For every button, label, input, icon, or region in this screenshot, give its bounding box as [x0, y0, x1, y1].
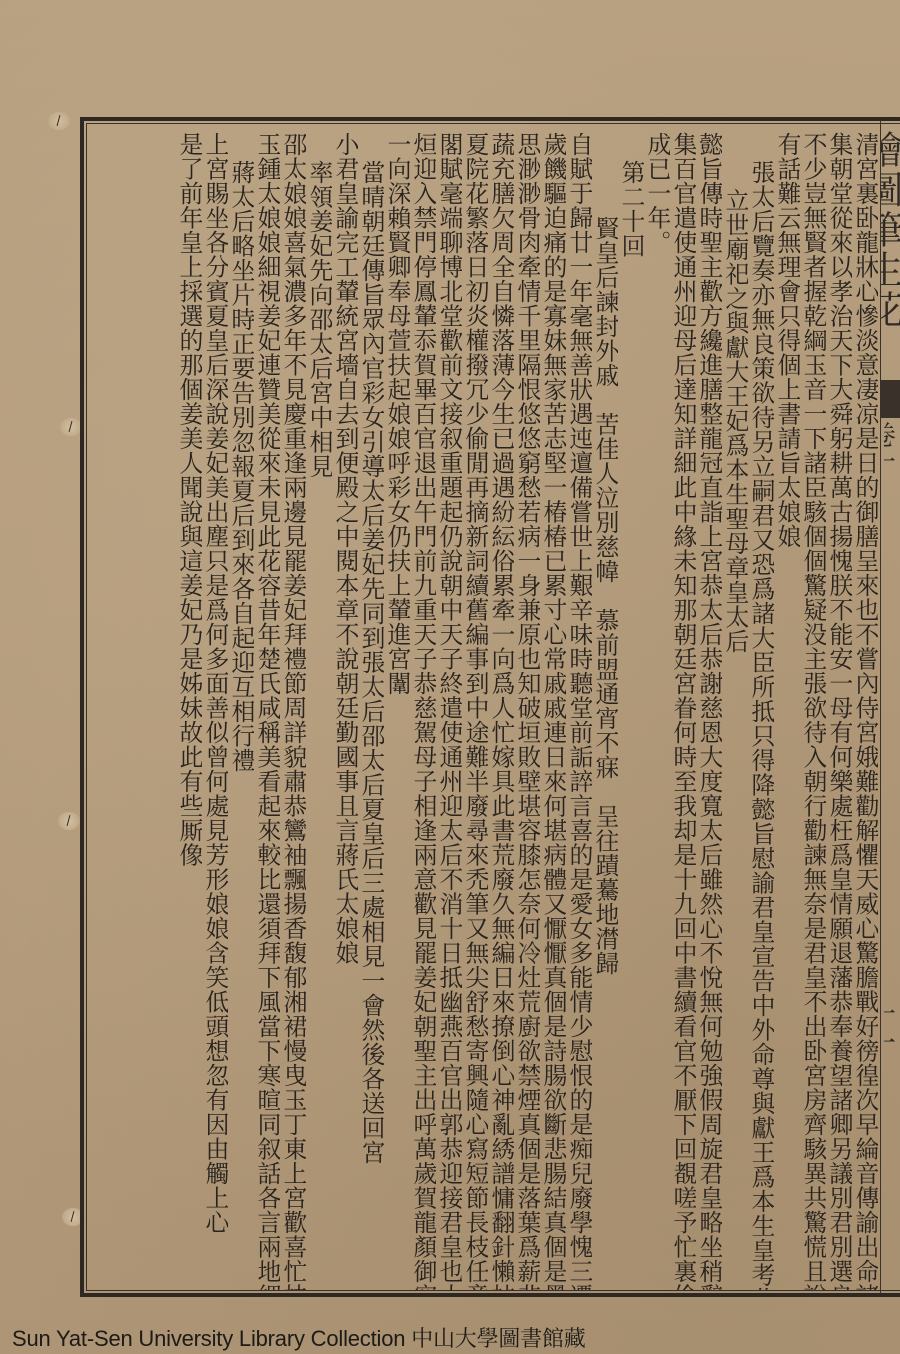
text-column: 閣賦毫端聊博北堂歡前文接叙重題起仍說朝中天子終遣使通州迎太后不消十日抵幽燕百官出…	[436, 132, 462, 1290]
text-column: 小君皇諭完工輦統宮墻自去到便殿之中閱本章不說朝廷勤國事且言蔣氏太娘娘	[332, 132, 358, 1290]
text-column: 不少豈無賢者握乾綱玉音一下諸臣駭個個驚疑没主張欲待入朝行勸諫無奈是君皇不出卧宮房…	[800, 132, 826, 1290]
fishtail-mark	[881, 380, 900, 418]
caption-chinese: 中山大學圖書館藏	[411, 1327, 585, 1352]
text-column: 烜迎入禁門停鳳輦忝賀畢百官退出午門前九重天子恭慈駕母子相逢兩意歡見罷姜妃朝聖主出…	[410, 132, 436, 1290]
text-column: 有話難云無理會只得個上書請旨太娘娘	[774, 132, 800, 1290]
text-column: 清宮裏卧龍牀心慘淡意凄凉是日的御膳呈來也不嘗內侍宮娥難勸解懼天威心驚膽戰好徬徨次…	[852, 132, 878, 1290]
text-column: 自賦于歸廿一年毫無善狀遇迍邅備嘗世上艱辛味時聽堂前詬誶言喜的是愛女多能情少慰恨的…	[566, 132, 592, 1290]
text-column: 成已一年。	[644, 132, 670, 1290]
binding-hole-top	[48, 112, 70, 130]
vertical-text-body: 清宮裏卧龍牀心慘淡意凄凉是日的御膳呈來也不嘗內侍宮娥難勸解懼天威心驚膽戰好徬徨次…	[92, 132, 878, 1290]
text-column: 當晴朝廷傳旨眾內官彩女引導太后姜妃先同到張太后邵太后夏皇后三處相見一會然後各送回…	[358, 132, 384, 1290]
scanned-page: 繪圖筆生花 卷十 十一 清宮裏卧龍牀心慘淡意凄凉是日的御膳呈來也不嘗內侍宮娥難勸…	[0, 0, 900, 1354]
volume-label: 卷十	[884, 420, 900, 476]
text-column: 蔣太后略坐片時正要告別忽報夏后到來各自起迎互相行禮	[228, 132, 254, 1290]
text-column: 蔬充膳欠周全自憐落薄今生已過遇紛紜俗累牽一向爲人忙嫁具此書荒廢久無編日來撩倒心神…	[488, 132, 514, 1290]
text-column: 思渺渺骨肉牽情千里隔恨悠悠窮愁若病一身兼原也知破垣敗壁堪容膝怎奈何冷灶荒廚欲禁煙…	[514, 132, 540, 1290]
text-column: 玉鍾太娘娘細視姜妃連贊美從來未見此花容昔年楚氏咸稱美看起來較比還須拜下風當下寒暄…	[254, 132, 280, 1290]
text-column: 集朝堂從來以孝治天下大舜躬耕萬古揚愧朕不能安一母有何樂處枉爲皇情願退藩恭奉養望諸…	[826, 132, 852, 1290]
text-column: 率領姜妃先向邵太后宮中相見	[306, 132, 332, 1290]
page-number: 十一	[884, 1000, 900, 1056]
text-column: 懿旨傳時聖主歡方纔進膳整龍冠直詣上宮恭太后恭謝慈恩大度寬太后雖然心不悅無何勉強假…	[696, 132, 722, 1290]
text-column: 邵太娘娘喜氣濃多年不見慶重逢兩邊見罷姜妃拜禮節周詳貌肅恭鸞袖飄揚香馥郁湘裙慢曳玉…	[280, 132, 306, 1290]
text-column: 是了前年皇上採選的那個姜美人聞說與這姜妃乃是姊妹故此有些厮像	[176, 132, 202, 1290]
text-column: 上宮賜坐各分賓夏皇后深說姜妃美出塵只是爲何多面善似曾何處見芳形娘娘含笑低頭想忽有…	[202, 132, 228, 1290]
binding-hole-upper-mid	[60, 418, 82, 436]
caption-english: Sun Yat-Sen University Library Collectio…	[12, 1326, 405, 1351]
library-caption: Sun Yat-Sen University Library Collectio…	[12, 1322, 586, 1353]
text-column: 集百官遣使通州迎母后達知詳細此中緣未知那朝廷宮眷何時至我却是十九回中書續看官不厭…	[670, 132, 696, 1290]
text-column: 張太后覽奏亦無良策欲待另立嗣君又恐爲諸大臣所抵只得降懿旨慰諭君皇宣告中外命尊與獻…	[748, 132, 774, 1290]
text-column: 一向深賴賢卿奉母萱扶起娘娘呼彩女仍扶上輦進宮闈	[384, 132, 410, 1290]
chapter-title: 賢皇后諫封外戚 苦佳人泣別慈幃 慕前盟通宵不寐 呈往蹟驀地潸歸	[592, 132, 618, 1290]
text-column: 立世廟祀之與獻大王妃爲本生聖母章皇太后	[722, 132, 748, 1290]
text-column: 夏院花繁落日初炎權撥冗少偷閒再摘新詞續舊編事到中途難半廢尋來禿筆又無尖舒愁寄興隨…	[462, 132, 488, 1290]
chapter-heading: 第二十回	[618, 132, 644, 1290]
binding-hole-lower-mid	[58, 812, 80, 830]
text-column: 歲饑驅迫痛的是寡妹無家苦志堅一椿椿已累寸心常戚戚連日來何堪病體又懨懨真個是詩腸欲…	[540, 132, 566, 1290]
book-title: 繪圖筆生花	[881, 130, 900, 380]
